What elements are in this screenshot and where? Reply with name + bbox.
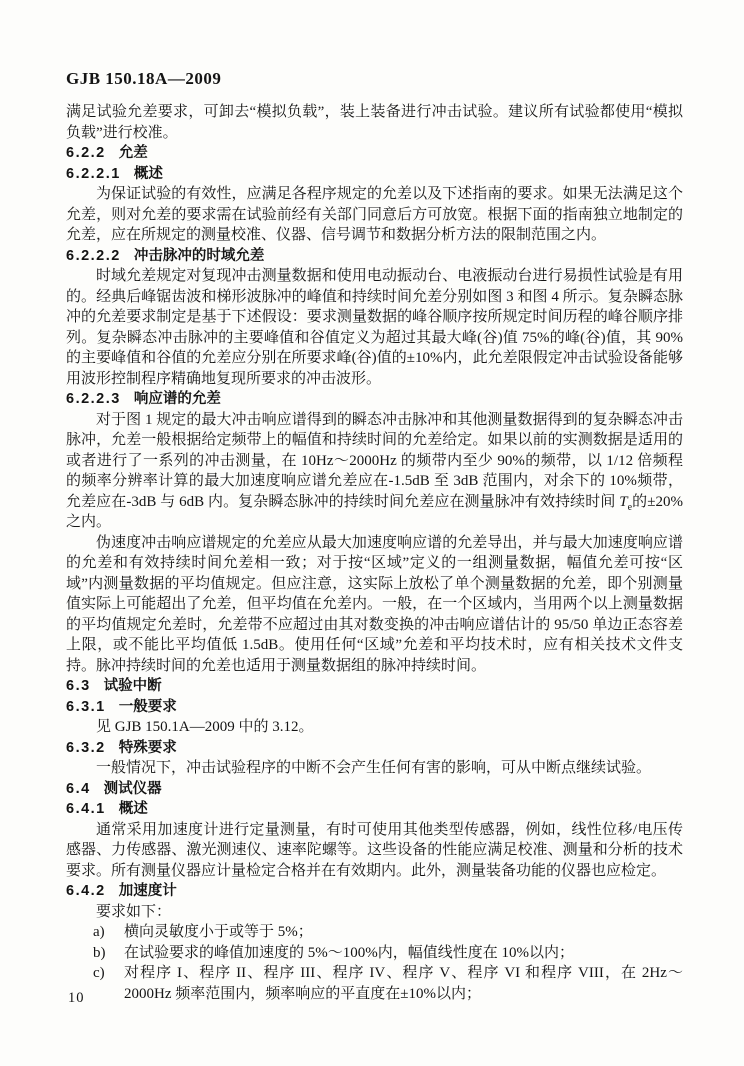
list-item: a) 横向灵敏度小于或等于 5%；	[66, 922, 683, 943]
paragraph-6-2-2-3-first: 对于图 1 规定的最大冲击响应谱得到的瞬态冲击脉冲和其他测量数据得到的复杂瞬态冲…	[66, 410, 683, 533]
paragraph-6-2-2-2: 时域允差规定对复现冲击测量数据和使用电动振动台、电液振动台进行易损性试验是有用的…	[66, 266, 683, 389]
section-title: 概述	[119, 801, 148, 817]
section-heading-6-2-2-2: 6.2.2.2冲击脉冲的时域允差	[66, 246, 683, 267]
paragraph-6-4-2-intro: 要求如下：	[66, 902, 683, 923]
section-heading-6-4-1: 6.4.1概述	[66, 799, 683, 820]
running-header: GJB 150.18A—2009	[66, 69, 221, 89]
section-title: 加速度计	[119, 883, 177, 899]
paragraph-6-4-1: 通常采用加速度计进行定量测量，有时可使用其他类型传感器，例如，线性位移/电压传感…	[66, 820, 683, 882]
section-title: 响应谱的允差	[134, 391, 221, 407]
list-item: b) 在试验要求的峰值加速度的 5%～100%内，幅值线性度在 10%以内；	[66, 943, 683, 964]
paragraph-6-2-2-1: 为保证试验的有效性，应满足各程序规定的允差以及下述指南的要求。如果无法满足这个允…	[66, 184, 683, 246]
section-number: 6.3.2	[66, 740, 106, 756]
list-item-text: 对程序 I、程序 II、程序 III、程序 IV、程序 V、程序 VI 和程序 …	[124, 963, 683, 1004]
page-number: 10	[68, 990, 85, 1007]
list-item-label: c)	[93, 963, 124, 1004]
page-content: 满足试验允差要求，可卸去“模拟负载”，装上装备进行冲击试验。建议所有试验都使用“…	[66, 102, 683, 1004]
section-number: 6.2.2.1	[66, 166, 121, 182]
section-heading-6-4-2: 6.4.2加速度计	[66, 881, 683, 902]
section-title: 一般要求	[119, 699, 177, 715]
section-heading-6-4: 6.4测试仪器	[66, 779, 683, 800]
section-number: 6.2.2.2	[66, 248, 121, 264]
section-heading-6-3-2: 6.3.2特殊要求	[66, 738, 683, 759]
paragraph-6-2-2-3-second: 伪速度冲击响应谱规定的允差应从最大加速度响应谱的允差导出，并与最大加速度响应谱的…	[66, 533, 683, 677]
section-number: 6.4.1	[66, 801, 106, 817]
section-number: 6.4	[66, 781, 91, 797]
section-number: 6.3	[66, 678, 91, 694]
paragraph-continuation: 满足试验允差要求，可卸去“模拟负载”，装上装备进行冲击试验。建议所有试验都使用“…	[66, 102, 683, 143]
section-title: 冲击脉冲的时域允差	[134, 248, 265, 264]
section-heading-6-2-2: 6.2.2允差	[66, 143, 683, 164]
section-title: 试验中断	[104, 678, 162, 694]
section-heading-6-2-2-3: 6.2.2.3响应谱的允差	[66, 389, 683, 410]
list-item-text: 在试验要求的峰值加速度的 5%～100%内，幅值线性度在 10%以内；	[124, 943, 683, 964]
list-item-label: a)	[93, 922, 124, 943]
list-item-label: b)	[93, 943, 124, 964]
symbol-Te: T	[619, 494, 627, 510]
section-number: 6.4.2	[66, 883, 106, 899]
document-page: GJB 150.18A—2009 满足试验允差要求，可卸去“模拟负载”，装上装备…	[0, 0, 744, 1066]
paragraph-text: 对于图 1 规定的最大冲击响应谱得到的瞬态冲击脉冲和其他测量数据得到的复杂瞬态冲…	[66, 412, 683, 510]
section-title: 允差	[119, 145, 148, 161]
section-heading-6-3-1: 6.3.1一般要求	[66, 697, 683, 718]
section-heading-6-2-2-1: 6.2.2.1概述	[66, 164, 683, 185]
list-item-text: 横向灵敏度小于或等于 5%；	[124, 922, 683, 943]
section-number: 6.2.2.3	[66, 391, 121, 407]
section-heading-6-3: 6.3试验中断	[66, 676, 683, 697]
section-title: 测试仪器	[104, 781, 162, 797]
paragraph-6-3-1: 见 GJB 150.1A—2009 中的 3.12。	[66, 717, 683, 738]
accelerometer-requirements-list: a) 横向灵敏度小于或等于 5%； b) 在试验要求的峰值加速度的 5%～100…	[66, 922, 683, 1004]
section-title: 概述	[134, 166, 163, 182]
section-number: 6.2.2	[66, 145, 106, 161]
list-item: c) 对程序 I、程序 II、程序 III、程序 IV、程序 V、程序 VI 和…	[66, 963, 683, 1004]
paragraph-6-3-2: 一般情况下，冲击试验程序的中断不会产生任何有害的影响，可从中断点继续试验。	[66, 758, 683, 779]
section-number: 6.3.1	[66, 699, 106, 715]
section-title: 特殊要求	[119, 740, 177, 756]
